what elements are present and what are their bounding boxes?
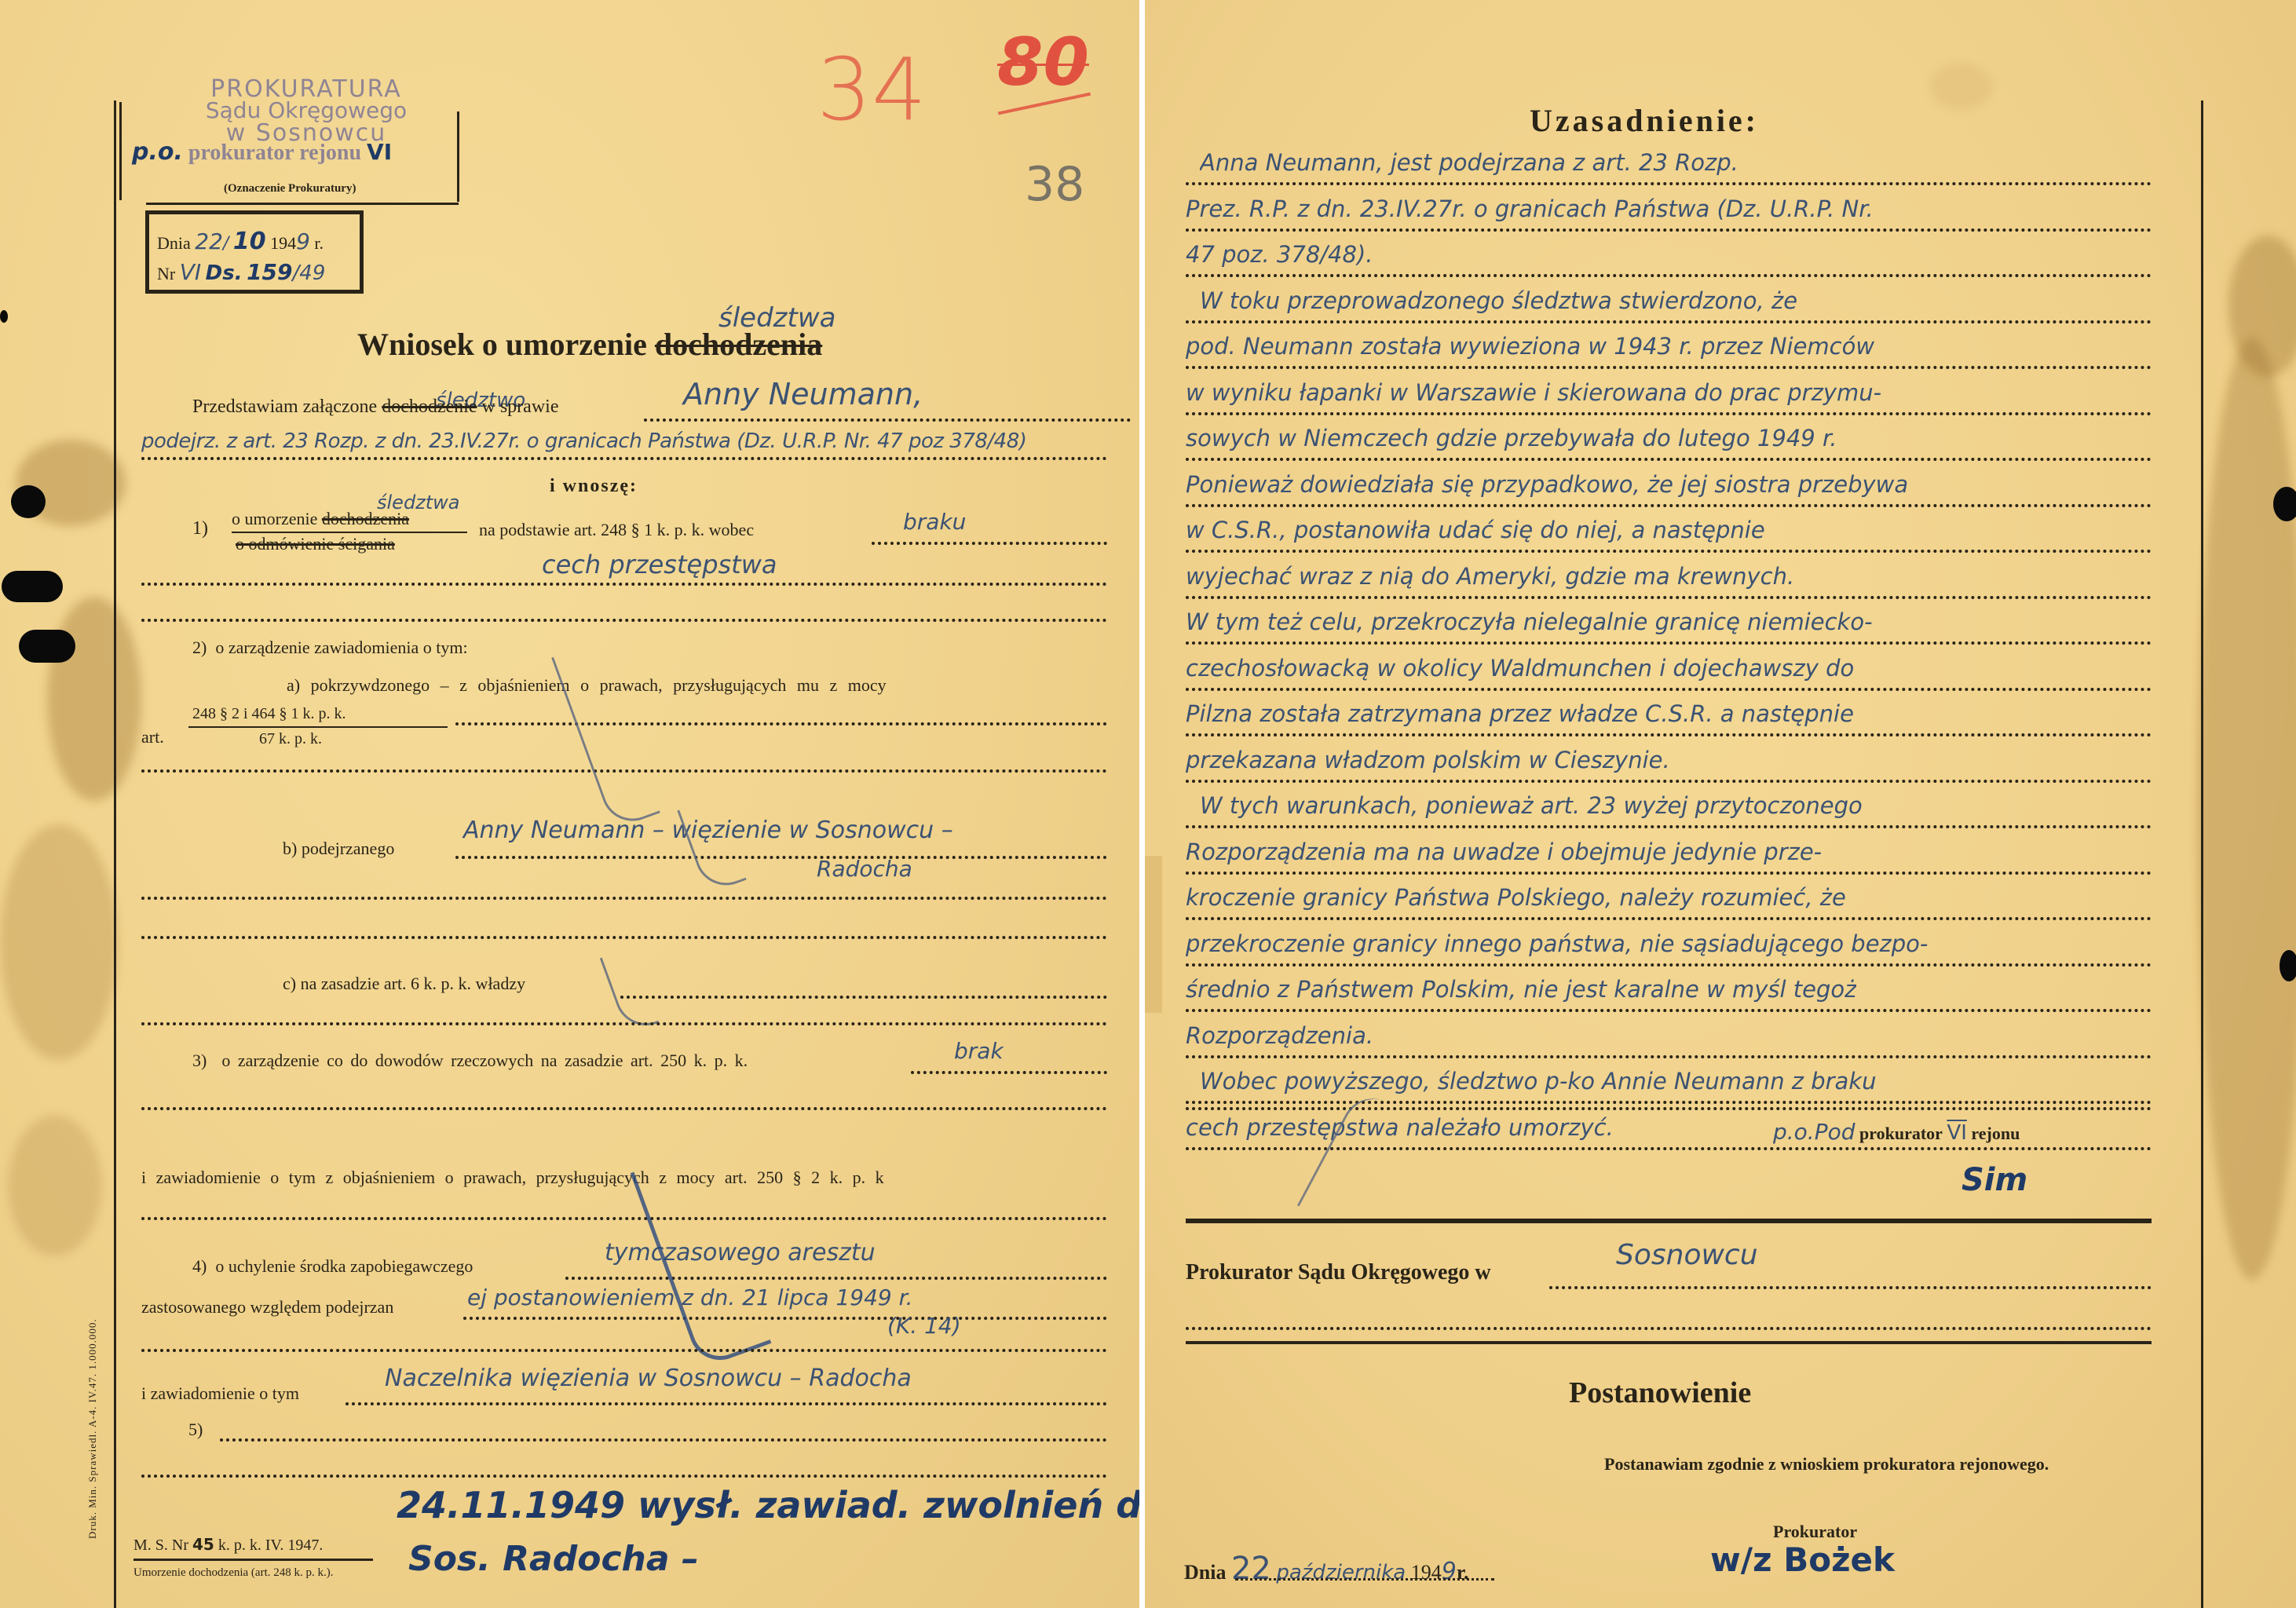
stamp-prokurator-text: prokurator rejonu [188, 141, 361, 165]
item2b-dotline [455, 856, 1107, 859]
justification-line: Prez. R.P. z dn. 23.IV.27r. o granicach … [1186, 196, 1874, 222]
form-number-rule [133, 1559, 373, 1561]
stain [2197, 338, 2296, 1280]
signature-scrawl: Sim [1961, 1162, 2027, 1198]
item1-top: o umorzenie dochodzenia [232, 509, 409, 529]
form-no: 45 [192, 1535, 214, 1554]
justification-dotline [1186, 182, 2152, 185]
cross-out-check-mark [600, 947, 660, 1034]
justification-line: przekazana władzom polskim w Cieszynie. [1186, 747, 1670, 773]
item1-dotline [872, 542, 1107, 545]
justification-dotline [1186, 641, 2152, 645]
justification-dotline [1186, 963, 2152, 967]
decision-heading: Postanowienie [1569, 1376, 1751, 1410]
item1-hand2: cech przestępstwa [542, 550, 777, 579]
stamp-line-prokurator: p.o. prokurator rejonu VI [132, 138, 392, 166]
page-number-red: 34 [817, 39, 927, 140]
punch-hole [2273, 487, 2296, 521]
post-text-dotline [1186, 1107, 2152, 1110]
justification-line: Wobec powyższego, śledztwo p-ko Annie Ne… [1200, 1068, 1877, 1095]
item4-hand3: (K. 14) [887, 1313, 961, 1339]
court-line-hand: Sosnowcu [1616, 1239, 1758, 1271]
case-dotline [644, 418, 1131, 422]
stamp-box-bottom [146, 203, 459, 205]
page-title: Wniosek o umorzenie dochodzenia [357, 326, 822, 363]
justification-line: Pilzna została zatrzymana przez władze C… [1186, 700, 1854, 727]
footer-hand-note2: Sos. Radocha – [408, 1539, 699, 1579]
intro-struck: dochodzenie [382, 397, 477, 417]
item2-art-bottom: 67 k. p. k. [259, 730, 322, 748]
stamp-box-left [119, 102, 122, 200]
item2-label: o zarządzenie zawiadomienia o tym: [215, 638, 467, 657]
justification-line: Anna Neumann, jest podejrzana z art. 23 … [1200, 149, 1738, 176]
justification-line: W tych warunkach, ponieważ art. 23 wyżej… [1200, 792, 1863, 819]
intro-text2: w sprawie [482, 397, 559, 417]
title-struck: dochodzenia [655, 327, 822, 362]
signature-prokurator-label: prokurator [1859, 1124, 1943, 1143]
item4-notify: i zawiadomienie o tym [141, 1383, 299, 1404]
item4-text2: zastosowanego względem podejrzan [141, 1297, 393, 1317]
item2c-text: c) na zasadzie art. 6 k. p. k. władzy [283, 974, 525, 994]
prosecutor-signature-line: p.o.Pod prokurator VI rejonu [1773, 1119, 2020, 1145]
justification-line: Rozporządzenia ma na uwadze i obejmuje j… [1186, 839, 1822, 865]
signature-rejonu-label: rejonu [1971, 1124, 2020, 1143]
item3-notify: i zawiadomienie o tym z objaśnieniem o p… [141, 1168, 884, 1188]
justification-dotline [1186, 550, 2152, 553]
justification-dotline [1186, 504, 2152, 507]
nr-label: Nr [157, 264, 175, 283]
item4-dotline1 [565, 1277, 1107, 1280]
decision-year-suffix: 9 [1442, 1558, 1457, 1585]
decision-date-dotline [1235, 1578, 1494, 1581]
intro-hand-line2: podejrz. z art. 23 Rozp. z dn. 23.IV.27r… [141, 429, 1026, 453]
stamp-hand-prefix: p.o. [132, 138, 183, 166]
justification-line: W toku przeprowadzonego śledztwa stwierd… [1200, 287, 1797, 314]
stamp-box-right [457, 111, 459, 202]
justification-dotline [1186, 1009, 2152, 1012]
nr-year: /49 [293, 261, 326, 285]
item2a-dotline [455, 722, 1107, 725]
decision-text: Postanawiam zgodnie z wnioskiem prokurat… [1604, 1454, 2049, 1475]
item1-hand1: braku [903, 509, 966, 535]
justification-line: przekroczenie granicy innego państwa, ni… [1186, 930, 1928, 957]
justification-line: w C.S.R., postanowiła udać się do niej, … [1186, 517, 1765, 543]
item5-dotline [220, 1438, 1107, 1442]
item4-text1: 4) o uchylenie środka zapobiegawczego [192, 1256, 473, 1277]
justification-line: Rozporządzenia. [1186, 1022, 1373, 1049]
justification-dotline [1186, 825, 2152, 828]
stain [8, 1115, 102, 1256]
justification-dotline [1186, 320, 2152, 323]
item2b-dotline3 [141, 936, 1107, 939]
item2-art-label: art. [141, 727, 164, 747]
court-dotline2 [1186, 1327, 2152, 1330]
item2b-dotline2 [141, 897, 1107, 900]
justification-dotline [1186, 412, 2152, 415]
court-line-dotline [1549, 1286, 2152, 1289]
item1-dotline2 [141, 583, 1107, 586]
case-name-hand: Anny Neumann, [683, 377, 923, 411]
justification-line: 47 poz. 378/48). [1186, 241, 1373, 268]
stamp-hand-roman: VI [367, 139, 392, 165]
item3-label: o zarządzenie co do dowodów rzeczowych n… [221, 1051, 748, 1070]
punch-hole [2, 571, 63, 602]
court-line-label: Prokurator Sądu Okręgowego w [1186, 1260, 1491, 1285]
justification-line: kroczenie granicy Państwa Polskiego, nal… [1186, 884, 1846, 911]
printer-imprint-vertical: Druk. Min. Sprawiedl. A-4. IV.47. 1.000.… [86, 1318, 99, 1539]
justification-line: wyjechać wraz z nią do Ameryki, gdzie ma… [1186, 563, 1794, 590]
item2c-dotline2 [141, 1022, 1107, 1025]
item3-hand: brak [954, 1038, 1004, 1064]
justification-dotline [1186, 458, 2152, 461]
justification-line: Ponieważ dowiedziała się przypadkowo, że… [1186, 471, 1908, 498]
item3-dotline [911, 1071, 1107, 1074]
justification-dotline [1186, 274, 2152, 277]
item5-num: 5) [188, 1420, 203, 1440]
date-row: Dnia 22/ 10 1949 r. [157, 228, 324, 255]
item1-text: na podstawie art. 248 § 1 k. p. k. wobec [479, 520, 754, 540]
item1-fraction-bar [232, 532, 467, 533]
left-margin-rule [114, 100, 116, 1608]
item4-dotline2 [463, 1317, 1107, 1320]
item3-dotline3 [141, 1217, 1107, 1220]
justification-dotline [1186, 1055, 2152, 1058]
nr-roman: VI [180, 259, 201, 285]
form-no-prefix: M. S. Nr [133, 1537, 188, 1554]
dnia-label: Dnia [157, 233, 191, 253]
decision-day: 22 [1231, 1551, 1271, 1587]
justification-dotline [1186, 733, 2152, 736]
item3-num: 3) [192, 1051, 207, 1070]
intro-text1: Przedstawiam załączone [192, 397, 377, 417]
thick-rule [1186, 1219, 2152, 1223]
date-day: 22 [195, 228, 223, 254]
section-rule [1186, 1341, 2152, 1344]
item4-num: 4) [192, 1256, 207, 1276]
punch-hole [2280, 950, 2296, 981]
item3-dotline2 [141, 1107, 1107, 1110]
justification-dotline [1186, 1101, 2152, 1104]
pencil-number: 38 [1025, 157, 1084, 212]
justification-line: czechosłowacką w okolicy Waldmunchen i d… [1186, 655, 1854, 682]
justification-dotline [1186, 688, 2152, 691]
item1-top-printed: o umorzenie [232, 509, 317, 528]
decision-prokurator-signature: w/z Bożek [1710, 1540, 1895, 1579]
justification-dotline [1186, 366, 2152, 369]
title-printed: Wniosek o umorzenie [357, 327, 647, 362]
year-suffix: 9 [296, 228, 310, 254]
stain [0, 824, 118, 1060]
item1-bottom-struck: o odmówienie ścigania [236, 534, 395, 554]
stain [1930, 63, 1993, 110]
justification-line: pod. Neumann została wywieziona w 1943 r… [1186, 333, 1874, 360]
justification-line: sowych w Niemczech gdzie przebywała do l… [1186, 425, 1837, 451]
justification-heading: Uzasadnienie: [1530, 102, 1759, 139]
year-prefix: 194 [270, 233, 296, 253]
wnosze-heading: i wnoszę: [550, 476, 638, 497]
item4-label1: o uchylenie środka zapobiegawczego [215, 1256, 473, 1276]
item1-dotline3 [141, 619, 1107, 622]
stain [47, 597, 141, 801]
item2-num: 2) [192, 638, 207, 657]
justification-dotline [1186, 780, 2152, 783]
justification-line: średnio z Państwem Polskim, nie jest kar… [1186, 976, 1856, 1003]
cross-out-check-mark [677, 796, 746, 894]
justification-dotline [1186, 228, 2152, 232]
footer-hand-note1: 24.11.1949 wysł. zawiad. zwolnień do wię… [397, 1484, 1139, 1526]
form-no-suffix: k. p. k. IV. 1947. [218, 1537, 324, 1554]
right-margin-rule [2201, 100, 2203, 1608]
justification-dotline [1186, 872, 2152, 875]
decision-month: października [1276, 1561, 1406, 1584]
justification-dotline [1186, 917, 2152, 920]
item1-top-struck: dochodzenia [322, 509, 409, 528]
nr-number: 159 [247, 259, 292, 285]
left-page: 34 80 38 PROKURATURA Sądu Okręgowego w S… [0, 0, 1139, 1608]
tape-strip [1145, 856, 1162, 1013]
justification-line: w wyniku łapanki w Warszawie i skierowan… [1186, 379, 1881, 406]
nr-ds: Ds. [206, 261, 243, 285]
item4-notify-hand: Naczelnika więzienia w Sosnowcu – Radoch… [385, 1365, 912, 1392]
item2b-hand2: Radocha [817, 856, 912, 882]
form-title: Umorzenie dochodzenia (art. 248 k. p. k.… [133, 1566, 334, 1580]
signature-hand-prefix: p.o.Pod [1773, 1119, 1855, 1145]
signature-roman: VI [1947, 1121, 1966, 1145]
old-page-number-red: 80 [997, 24, 1089, 100]
form-number: M. S. Nr 45 k. p. k. IV. 1947. [133, 1535, 323, 1555]
item3-text: 3) o zarządzenie co do dowodów rzeczowyc… [192, 1051, 748, 1071]
item2-art-top: 248 § 2 i 464 § 1 k. p. k. [192, 705, 346, 723]
cross-out-check-mark [551, 641, 660, 829]
item2-text: 2) o zarządzenie zawiadomienia o tym: [192, 638, 468, 658]
nr-row: Nr VI Ds. 159/49 [157, 259, 325, 285]
item4-dotline3 [141, 1349, 1107, 1352]
item1-num: 1) [192, 518, 208, 539]
intro-line: Przedstawiam załączone dochodzenie w spr… [192, 397, 558, 418]
decision-dnia-label: Dnia [1184, 1561, 1226, 1584]
justification-line: W tym też celu, przekroczyła nielegalnie… [1186, 608, 1873, 635]
item2b-text: b) podejrzanego [283, 839, 394, 859]
punch-hole [11, 485, 46, 518]
decision-prokurator-label: Prokurator [1773, 1522, 1857, 1542]
old-number-struck: 80 [997, 24, 1089, 100]
item5-dotline2 [141, 1475, 1107, 1478]
item2c-dotline [620, 996, 1107, 999]
punch-hole [19, 630, 75, 663]
decision-date-line: Dnia 22 października 1949r. [1184, 1551, 1468, 1587]
r-label: r. [314, 233, 324, 253]
intro-dotline2 [141, 457, 1107, 460]
date-month: 10 [233, 228, 266, 255]
right-page: Uzasadnienie: Anna Neumann, jest podejrz… [1145, 0, 2296, 1608]
stamp-caption: (Oznaczenie Prokuratury) [224, 182, 356, 196]
item4-notify-dotline [345, 1402, 1107, 1405]
justification-dotline [1186, 596, 2152, 599]
punch-hole [0, 310, 8, 323]
item2-art-bar [188, 726, 448, 728]
